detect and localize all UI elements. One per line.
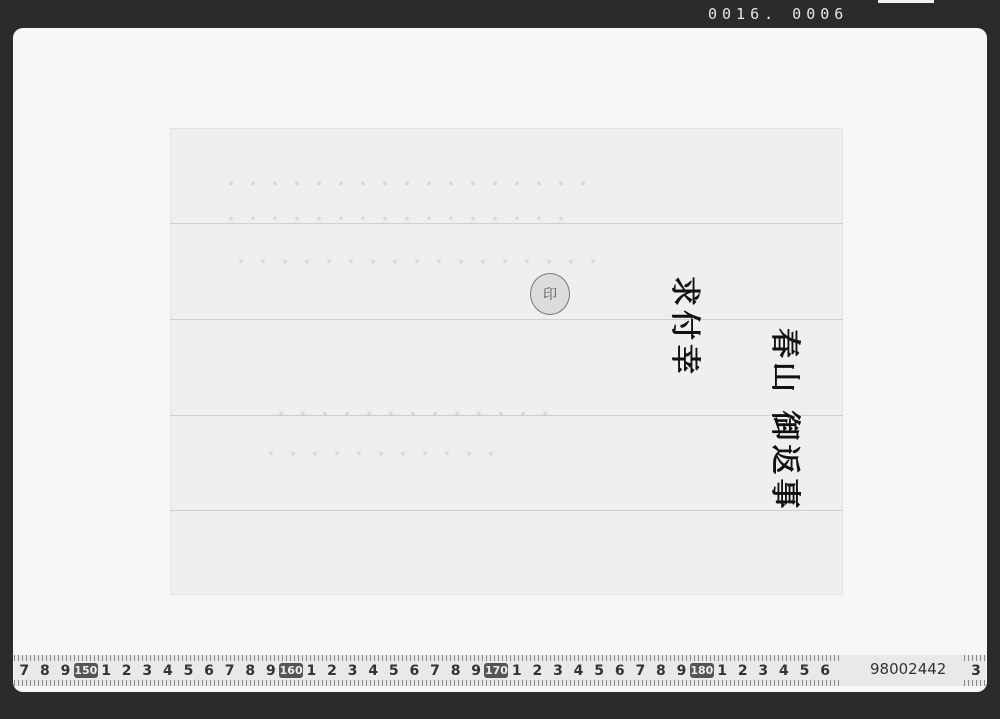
frame-counter: 0016. 0006 xyxy=(708,5,848,23)
ruler-tick: 6 xyxy=(404,663,425,679)
document-sheet: ・・・・・・・・・・・・・・・・・ ・・・・・・・・・・・・・・・・ ・・・・・… xyxy=(170,128,843,595)
ruler-tick: 9 xyxy=(466,663,487,679)
ruler-tick: 5 xyxy=(178,663,199,679)
ruler-tick: 3 xyxy=(342,663,363,679)
ruler-tick: 1 xyxy=(506,663,527,679)
ruler-tick: 3 xyxy=(753,663,774,679)
ruler-tick: 7 xyxy=(630,663,651,679)
film-edge-tab xyxy=(878,0,934,3)
ruler-tick: 5 xyxy=(794,663,815,679)
ruler-tick: 5 xyxy=(589,663,610,679)
ruler-tick: 4 xyxy=(158,663,179,679)
ruler-tick: 2 xyxy=(322,663,343,679)
ruler-tick: 8 xyxy=(651,663,672,679)
ruler-tick: 5 xyxy=(384,663,405,679)
ruler-major-tick: 150 xyxy=(74,663,98,678)
ruler-tail-tick: 3 xyxy=(964,655,988,686)
ruler-tick: 9 xyxy=(55,663,76,679)
ruler-tick: 9 xyxy=(261,663,282,679)
bleed-through-text: ・・・・・・・・・・・・・・・・ xyxy=(220,203,572,234)
ruler-tick: 8 xyxy=(240,663,261,679)
measurement-ruler: 7 8 9 150 1 2 3 4 5 6 7 8 9 160 1 2 3 4 … xyxy=(14,655,986,686)
ruler-tick: 4 xyxy=(568,663,589,679)
bleed-through-text: ・・・・・・・・・・・ xyxy=(260,438,502,469)
bleed-through-text: ・・・・・・・・・・・・・・・・・ xyxy=(220,168,594,199)
ruler-tick: 8 xyxy=(445,663,466,679)
ruler-tick: 6 xyxy=(609,663,630,679)
ruler-tick: 2 xyxy=(732,663,753,679)
ruler-tick: 6 xyxy=(199,663,220,679)
ruler-tick: 4 xyxy=(774,663,795,679)
inscription-line-2: 春山 御返事 xyxy=(766,328,810,512)
ruler-tick: 6 xyxy=(815,663,836,679)
ruler-tick: 1 xyxy=(712,663,733,679)
ruler-tick: 8 xyxy=(35,663,56,679)
bleed-through-text: ・・・・・・・・・・・・・ xyxy=(270,398,556,429)
ruler-tick: 1 xyxy=(96,663,117,679)
ruler-scale: 7 8 9 150 1 2 3 4 5 6 7 8 9 160 1 2 3 4 … xyxy=(14,655,840,686)
ruler-tick: 9 xyxy=(671,663,692,679)
ruler-tick: 7 xyxy=(425,663,446,679)
scan-card: ・・・・・・・・・・・・・・・・・ ・・・・・・・・・・・・・・・・ ・・・・・… xyxy=(13,28,987,692)
fold-line xyxy=(170,510,843,511)
fold-line xyxy=(170,319,843,320)
ruler-tick: 1 xyxy=(301,663,322,679)
ruler-tick: 7 xyxy=(14,663,35,679)
ruler-major-tick: 160 xyxy=(279,663,303,678)
seal-stamp: 印 xyxy=(530,273,570,315)
ruler-tick: 4 xyxy=(363,663,384,679)
ruler-major-tick: 180 xyxy=(690,663,714,678)
ruler-tick: 3 xyxy=(548,663,569,679)
ruler-tick: 7 xyxy=(219,663,240,679)
ruler-major-tick: 170 xyxy=(484,663,508,678)
ruler-tick: 2 xyxy=(116,663,137,679)
inscription-line-1: 求付幸 xyxy=(666,276,710,378)
ruler-tick: 3 xyxy=(137,663,158,679)
document-id-label: 98002442 xyxy=(870,660,946,678)
ruler-tick: 2 xyxy=(527,663,548,679)
